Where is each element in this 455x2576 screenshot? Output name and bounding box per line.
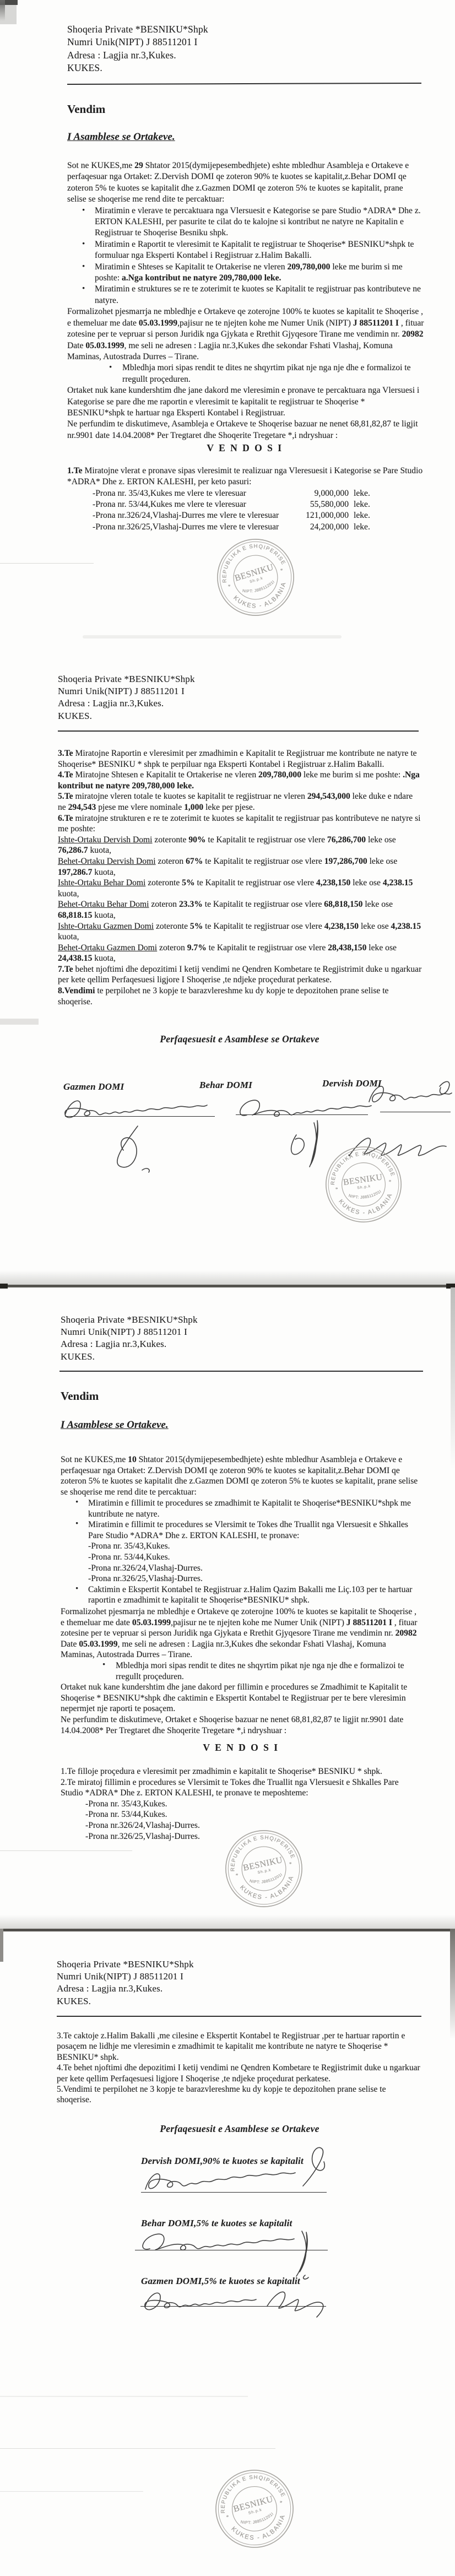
signature-dervish-domi [138,2142,336,2197]
agenda-list: Miratimin e fillimit te procedures se zm… [61,1498,421,1606]
agenda-list-wrap: Miratimin e fillimit te procedures se zm… [61,1498,421,1606]
intro-paragraph: Sot ne KUKES,me 10 Shtator 2015(dymijepe… [61,1454,421,1497]
signature-gazmen-domi [135,2284,333,2334]
property-line: -Prona nr.326/24,Vlashaj-Durres. [88,1563,421,1574]
currency-unit: leke. [354,488,370,499]
scan-streak [0,2448,275,2449]
property-label: -Prona nr.326/24,Vlashaj-Durres me vlere… [93,511,279,520]
decision-point-8: 8.Vendimi te perpilohet ne 3 kopje te ba… [58,986,422,1007]
signature-line [140,2306,326,2307]
decision-point-5: 5.Vendimi te perpilohet ne 3 kopje te ba… [57,2084,422,2106]
scan-streak [0,1850,132,1851]
decision-point-1: 1.Te filloje proçedura e vleresimit per … [61,1766,421,1777]
page-bottom-shadow [0,1270,455,1285]
company-name: Shoqeria Private *BESNIKU*Shpk [67,23,208,36]
agreement-paragraph: Ortaket nuk kane kundershtim dhe jane da… [61,1682,421,1714]
company-city: KUKES. [58,710,195,722]
signature-line [141,2192,327,2193]
vendosi-heading: V E N D O S I [67,442,422,454]
procedure-note: Mbledhja mori sipas rendit te dites ne s… [122,362,424,385]
decision-points: 3.Te caktoje z.Halim Bakalli ,me cilesin… [57,2031,422,2106]
table-row: -Prona nr. 53/44,Kukes me vlere te vlere… [93,499,401,510]
property-line: -Prona nr. 53/44,Kukes. [88,1552,421,1563]
scan-streak [0,563,94,564]
scan-edge-shadow [451,1287,455,1469]
document-title: Vendim [61,1389,99,1403]
property-label: -Prona nr. 53/44,Kukes me vlere te vlere… [93,500,246,509]
document-subtitle: I Asamblese se Ortakeve. [67,131,175,143]
legal-basis-paragraph: Ne perfundim te diskutimeve, Ortaket e S… [61,1714,421,1736]
header-divider [57,2016,421,2017]
decision-points: 3.Te Miratojne Raportin e vleresimit per… [58,748,422,1007]
agenda-item: Miratimin e Shteses se Kapitalit te Orta… [95,262,424,284]
company-city: KUKES. [57,1995,194,2007]
share-structure-line: Behet-Ortaku Gazmen Domi zoteron 9.7% te… [58,943,422,964]
vendosi-heading: V E N D O S I [61,1742,421,1754]
company-name: Shoqeria Private *BESNIKU*Shpk [57,1958,194,1971]
scan-smudge [0,1019,39,1025]
company-address: Adresa : Lagjia nr.3,Kukes. [67,49,208,62]
page-bottom-shadow [0,1915,455,1929]
agenda-item: Miratimin e vlerave te percaktuara nga V… [95,205,424,239]
company-address: Adresa : Lagjia nr.3,Kukes. [58,697,195,710]
company-header-block: Shoqeria Private *BESNIKU*Shpk Numri Uni… [58,673,195,722]
property-valuation-table: -Prona nr. 35/43,Kukes me vlere te vlere… [93,488,401,533]
table-row: -Prona nr.326/24,Vlashaj-Durres me vlere… [93,510,401,521]
property-list: -Prona nr. 35/43,Kukes. -Prona nr. 53/44… [88,1541,421,1584]
document-title: Vendim [67,102,105,116]
agreement-paragraph: Ortaket nuk kane kundershtim dhe jane da… [67,385,424,419]
page-boundary-corner [0,1929,3,1962]
property-label: -Prona nr. 35/43,Kukes me vlere te vlere… [93,489,246,498]
company-header-block: Shoqeria Private *BESNIKU*Shpk Numri Uni… [67,23,208,75]
decision-points: 1.Te filloje proçedura e vleresimit per … [61,1766,421,1842]
company-name: Shoqeria Private *BESNIKU*Shpk [61,1314,198,1326]
intro-paragraph: Sot ne KUKES,me 29 Shtator 2015(dymijepe… [67,160,424,205]
scan-streak [0,2396,248,2397]
share-structure-line: Behet-Ortaku Behar Domi zoteron 23.3% te… [58,899,422,921]
page-boundary [0,1285,455,1287]
agenda-list: Miratimin e vlerave te percaktuara nga V… [67,205,424,307]
share-structure-line: Ishte-Ortaku Gazmen Domi zoteronte 5% te… [58,921,422,943]
company-nipt: Numri Unik(NIPT) J 88511201 I [57,1971,194,1983]
company-name: Shoqeria Private *BESNIKU*Shpk [58,673,195,685]
currency-unit: leke. [354,499,370,510]
decision-body: Formalizohet pjesmarrja ne mbledhje e Or… [61,1606,421,1736]
signature-line [65,1116,215,1117]
page-boundary [0,1929,455,1931]
representatives-heading: Perfaqesuesit e Asamblese se Ortakeve [57,2123,422,2135]
legal-basis-paragraph: Ne perfundim te diskutimeve, Asambleja e… [67,419,424,441]
agenda-item-text: Miratimin e fillimit te procedures se Vl… [88,1520,408,1540]
company-address: Adresa : Lagjia nr.3,Kukes. [57,1983,194,1995]
currency-unit: leke. [354,510,370,521]
decision-point-7: 7.Te behet njoftimi dhe depozitimi I ket… [58,964,422,986]
table-row: -Prona nr. 35/43,Kukes me vlere te vlere… [93,488,401,499]
table-row: -Prona nr.326/25,Vlashaj-Durres me vlere… [93,522,401,533]
signature-line [236,1114,368,1115]
company-round-stamp [205,527,306,627]
decision-point-3: 3.Te Miratojne Raportin e vleresimit per… [58,748,422,770]
procedure-note: Mbledhja mori sipas rendit te dites ne s… [116,1660,421,1682]
company-address: Adresa : Lagjia nr.3,Kukes. [61,1338,198,1350]
property-value: 55,580,000 [285,499,349,510]
property-label: -Prona nr.326/25,Vlashaj-Durres me vlere… [93,522,279,532]
company-round-stamp [204,2459,304,2558]
header-divider [67,83,421,85]
property-value: 24,200,000 [285,522,349,533]
scanned-document: REPUBLIKA E SHQIPERISE KUKES - ALBANIA B… [0,0,455,2576]
company-city: KUKES. [67,62,208,74]
signature-behar-domi [131,2226,340,2281]
decision-point-4: 4.Te Miratojne Shtesen e Kapitalit te Or… [58,770,422,791]
decision-point-2: 2.Te miratoj fillimin e procedures se Vl… [61,1777,421,1799]
signature-gazmen-domi [55,1093,220,1181]
scan-edge-shadow [450,1929,455,2039]
scan-corner-mark [0,0,5,21]
decision-point-4: 4.Te behet njoftimi dhe depozitimi I ket… [57,2063,422,2084]
property-line: -Prona nr.326/25,Vlashaj-Durres. [88,1573,421,1584]
property-line: -Prona nr. 35/43,Kukes. [85,1799,421,1810]
document-subtitle: I Asamblese se Ortakeve. [61,1419,169,1431]
property-value: 121,000,000 [285,510,349,521]
header-divider [59,1371,423,1372]
agenda-item: Miratimin e struktures se re te zoterimi… [95,284,424,306]
signer-name-gazmen-domi: Gazmen DOMI [63,1081,124,1092]
property-line: -Prona nr. 35/43,Kukes. [88,1541,421,1552]
page-boundary-corner [0,1284,8,1289]
currency-unit: leke. [354,522,370,533]
company-round-stamp [319,1140,409,1230]
signature-line [380,1112,451,1112]
company-header-block: Shoqeria Private *BESNIKU*Shpk Numri Uni… [57,1958,194,2007]
formalization-paragraph: Formalizohet pjesmarrja ne mbledhje e Or… [61,1606,421,1660]
decision-point-6: 6.Te miratojne strukturen e re te zoteri… [58,813,422,835]
company-nipt: Numri Unik(NIPT) J 88511201 I [61,1326,198,1338]
page-seam-faint [83,635,342,638]
company-nipt: Numri Unik(NIPT) J 88511201 I [58,685,195,697]
decision-point-3: 3.Te caktoje z.Halim Bakalli ,me cilesin… [57,2031,422,2063]
company-round-stamp [216,1821,311,1916]
signer-name-behar-domi: Behar DOMI [199,1080,252,1091]
scan-streak [0,2491,143,2492]
decision-body: Sot ne KUKES,me 29 Shtator 2015(dymijepe… [67,160,424,441]
company-nipt: Numri Unik(NIPT) J 88511201 I [67,36,208,48]
decision-point-5: 5.Te miratojne vleren totale te kuotes s… [58,791,422,813]
share-structure-line: Behet-Ortaku Dervish Domi zoteron 67% te… [58,856,422,878]
property-value: 9,000,000 [285,488,349,499]
formalization-paragraph: Formalizohet pjesmarrja ne mbledhje e Or… [67,306,424,362]
property-line: -Prona nr. 53/44,Kukes. [85,1809,421,1820]
agenda-item: Caktimin e Ekspertit Kontabel te Regjist… [88,1584,421,1606]
company-city: KUKES. [61,1351,198,1363]
representatives-heading: Perfaqesuesit e Asamblese se Ortakeve [58,1033,421,1045]
decision-point-1: 1.Te Miratojne vlerat e pronave sipas vl… [67,466,424,488]
signature-line [135,2250,328,2250]
share-structure-line: Ishte-Ortaku Behar Domi zoteronte 5% te … [58,878,422,899]
agenda-item: Miratimin e fillimit te procedures se Vl… [88,1519,421,1584]
header-divider [58,730,419,732]
company-header-block: Shoqeria Private *BESNIKU*Shpk Numri Uni… [61,1314,198,1363]
agenda-item: Miratimin e fillimit te procedures se zm… [88,1498,421,1519]
share-structure-line: Ishte-Ortaku Dervish Domi zoteronte 90% … [58,835,422,856]
agenda-item: Miratimin e Raportit te vleresimit te Ka… [95,239,424,262]
